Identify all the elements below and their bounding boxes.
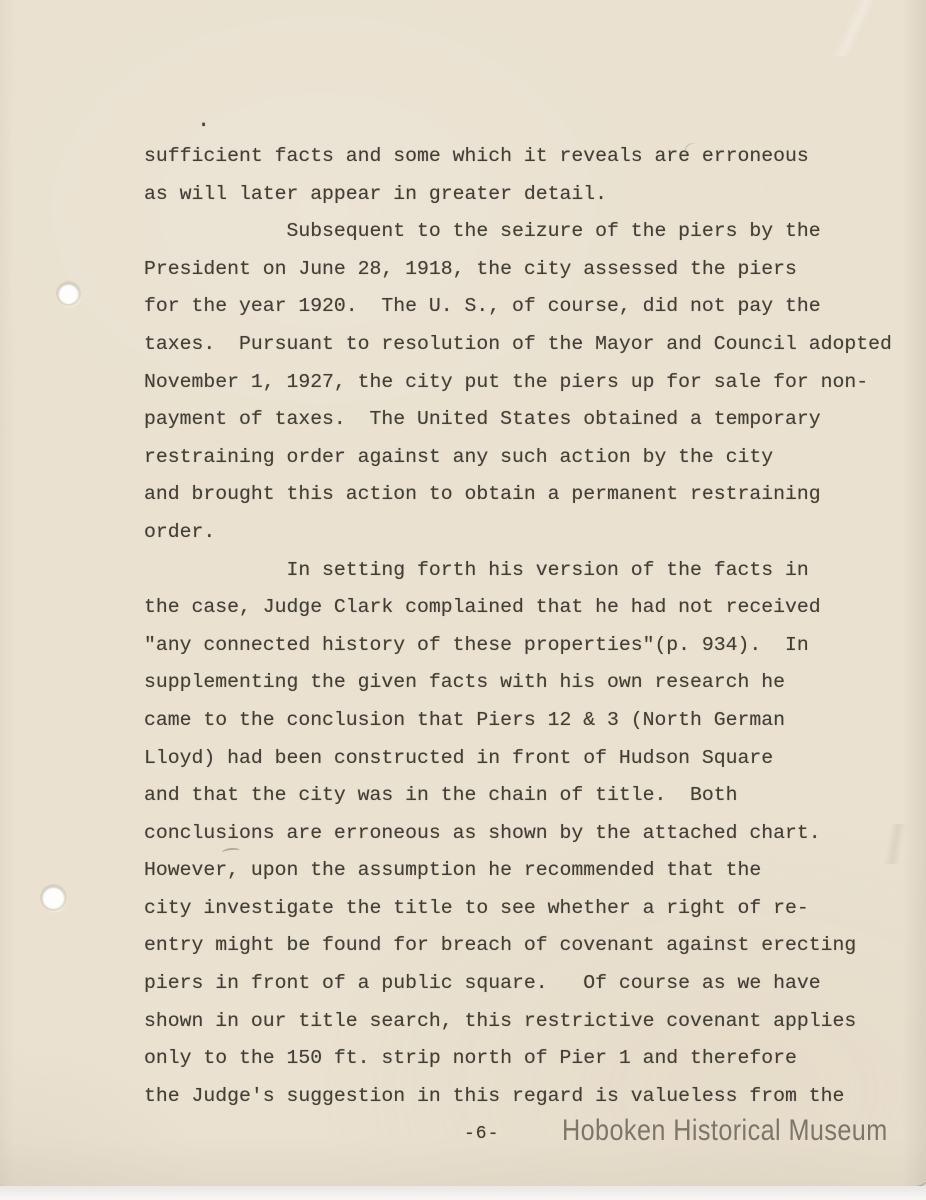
typewritten-text: sufficient facts and some which it revea… [144,138,914,1115]
text-line: In setting forth his version of the fact… [144,552,914,590]
text-line: entry might be found for breach of coven… [144,927,914,965]
text-line: "any connected history of these properti… [144,627,914,665]
museum-watermark: Hoboken Historical Museum [562,1114,888,1148]
text-line: for the year 1920. The U. S., of course,… [144,288,914,326]
text-line: Lloyd) had been constructed in front of … [144,740,914,778]
text-line: sufficient facts and some which it revea… [144,138,914,176]
text-line: payment of taxes. The United States obta… [144,401,914,439]
text-line: Subsequent to the seizure of the piers b… [144,213,914,251]
text-line: taxes. Pursuant to resolution of the May… [144,326,914,364]
text-line: restraining order against any such actio… [144,439,914,477]
text-line: came to the conclusion that Piers 12 & 3… [144,702,914,740]
text-line: city investigate the title to see whethe… [144,890,914,928]
scanner-background-strip [0,1186,926,1200]
text-line: as will later appear in greater detail. [144,176,914,214]
page-number: -6- [464,1124,499,1144]
text-line: the case, Judge Clark complained that he… [144,589,914,627]
document-page: . sufficient facts and some which it rev… [0,0,926,1188]
text-line: order. [144,514,914,552]
stray-ink-dot: . [197,108,210,133]
text-line: piers in front of a public square. Of co… [144,965,914,1003]
text-line: only to the 150 ft. strip north of Pier … [144,1040,914,1078]
crease-mark-top-right [780,0,926,56]
text-line: and brought this action to obtain a perm… [144,476,914,514]
punch-hole-bottom [42,886,65,909]
text-line: and that the city was in the chain of ti… [144,777,914,815]
text-line: supplementing the given facts with his o… [144,664,914,702]
punch-hole-top [58,283,79,304]
text-line: President on June 28, 1918, the city ass… [144,251,914,289]
text-line: the Judge's suggestion in this regard is… [144,1078,914,1116]
text-line: November 1, 1927, the city put the piers… [144,364,914,402]
text-line: conclusions are erroneous as shown by th… [144,815,914,853]
text-line: However, upon the assumption he recommen… [144,852,914,890]
text-line: shown in our title search, this restrict… [144,1003,914,1041]
